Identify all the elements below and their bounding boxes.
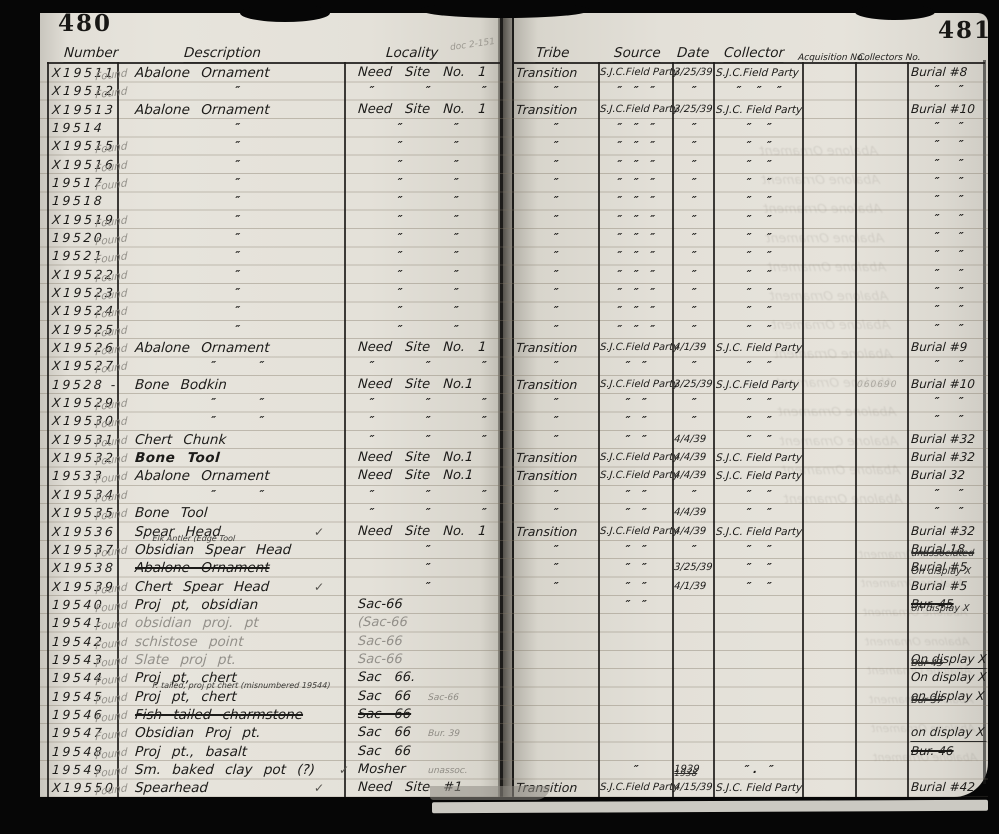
col-c: ″ ″: [715, 431, 802, 449]
col-t: Transition: [515, 467, 596, 485]
col-c: ″ ″: [715, 174, 802, 192]
col-b: Burial #10: [910, 100, 987, 118]
col-dt: ″: [673, 486, 714, 504]
col-d: Abalone Ornament: [134, 467, 340, 485]
col-c: ″ ″: [715, 394, 802, 412]
col-l: Need Site No.1: [357, 449, 498, 467]
col-c: S.J.C.Field Party: [715, 376, 802, 394]
col-b: ″ ″: [910, 191, 987, 209]
page-number-right: 481: [938, 17, 992, 44]
column-header-locality: Locality: [385, 44, 439, 63]
col-b: ″ ″: [910, 136, 987, 154]
col-t: ″: [515, 486, 596, 504]
col-d: Bone Bodkin: [134, 376, 340, 394]
col-d: schistose point: [134, 633, 340, 651]
col-d: ″: [134, 137, 340, 155]
col-d: Sm. baked clay pot (?): [134, 761, 340, 779]
col-b: Burial #32: [910, 448, 987, 466]
col-c: ″ ″: [715, 486, 802, 504]
col-l: Need Site No. 1: [357, 101, 498, 119]
col-c: S.J.C.Field Party: [715, 64, 802, 82]
col-t: ″: [515, 431, 596, 449]
col-s: S.J.C.Field Party: [599, 101, 672, 119]
col-s: ″ ″: [599, 431, 672, 449]
col-l: ″ ″: [357, 137, 498, 155]
col-s: S.J.C.Field Party: [599, 523, 672, 541]
col-s: ″ ″: [599, 578, 672, 596]
col-dt: 4/4/39: [673, 523, 714, 541]
col-c: ″ ″ ″: [715, 82, 802, 100]
col-t: ″: [515, 541, 596, 559]
col-l: Sac 66.: [357, 669, 498, 687]
col-dt: 4/4/39: [673, 449, 714, 467]
col-dt: 3/25/39: [673, 559, 714, 577]
col-dt: ″: [673, 357, 714, 375]
col-s: ″ ″ ″: [599, 119, 672, 137]
col-dt: ″: [673, 284, 714, 302]
col-d: Bone Tool: [134, 449, 340, 467]
col-t: Transition: [515, 339, 596, 357]
col-l: ″ ″ ″: [357, 412, 498, 430]
col-s: S.J.C.Field Party: [599, 779, 672, 797]
col-dt: 3/25/39: [673, 376, 714, 394]
col-l: Sac 66: [357, 706, 498, 724]
col-dt: ″: [673, 302, 714, 320]
col-t: ″: [515, 247, 596, 265]
col-c: ″ ″: [715, 247, 802, 265]
column-header-collector: Collector: [723, 44, 784, 63]
col-c: ″ ″: [715, 284, 802, 302]
col-l: ″ ″: [357, 247, 498, 265]
col-t: ″: [515, 302, 596, 320]
col-dt: 4/4/39: [673, 431, 714, 449]
col-c: ″ ″: [715, 302, 802, 320]
ledger-row: 19517Found″″ ″″″ ″ ″″″ ″″ ″: [0, 174, 999, 192]
col-d: ″ ″: [134, 412, 340, 430]
col-dt: 4/15/39: [673, 779, 714, 797]
col-s: ″ ″ ″: [599, 174, 672, 192]
col-d: Abalone Ornament: [134, 64, 340, 82]
ledger-row: X19513Abalone OrnamentNeed Site No. 1Tra…: [0, 101, 999, 119]
col-l: Need Site No.1: [357, 376, 498, 394]
col-c: ″ ″: [715, 156, 802, 174]
col-l2: unassoc.: [427, 762, 500, 780]
column-header-date: Date: [676, 44, 710, 63]
col-l: ″ ″: [357, 119, 498, 137]
col-l: ″ ″: [357, 229, 498, 247]
col-c: S.J.C. Field Party: [715, 523, 802, 541]
col-l: ″ ″: [357, 156, 498, 174]
col-t: ″: [515, 211, 596, 229]
col-b: ″ ″: [910, 210, 987, 228]
col-d: Bone Tool: [134, 504, 340, 522]
col-s: ″ ″ ″: [599, 266, 672, 284]
col-d: ″: [134, 174, 340, 192]
col-l: ″ ″: [357, 302, 498, 320]
col-dt: 3/25/39: [673, 64, 714, 82]
col-d: Chert Chunk: [134, 431, 340, 449]
col-d: Proj pt, obsidian: [134, 596, 340, 614]
col-s: ″ ″ ″: [599, 156, 672, 174]
col-d: ″: [134, 266, 340, 284]
col-l: Need Site No. 1: [357, 523, 498, 541]
col-s: S.J.C.Field Party: [599, 467, 672, 485]
col-c: ″ ″: [715, 578, 802, 596]
col-t: Transition: [515, 101, 596, 119]
col-d: ″: [134, 229, 340, 247]
col-d: ″: [134, 82, 340, 100]
ledger-row: X19527Found″ ″″ ″ ″″″ ″″″ ″″ ″: [0, 357, 999, 375]
col-d: ″: [134, 302, 340, 320]
col-b: Burial #42: [910, 778, 987, 796]
col-s: ″ ″: [599, 541, 672, 559]
col-dt: ″: [673, 137, 714, 155]
col-s: S.J.C.Field Party: [599, 376, 672, 394]
col-d2: F. tailed, proj pt chert (misnumbered 19…: [151, 682, 352, 700]
col-d: Abalone Ornament: [134, 339, 340, 357]
col-b: ″ ″: [910, 173, 987, 191]
column-header-tribe: Tribe: [535, 44, 570, 63]
col-c: ″ ″: [715, 192, 802, 210]
col-l: ″ ″ ″: [357, 82, 498, 100]
col-dt: ″: [673, 541, 714, 559]
col-d: ″ ″: [134, 486, 340, 504]
col-c: ″ ″: [715, 211, 802, 229]
col-t: ″: [515, 357, 596, 375]
col-b: Burial 32: [910, 466, 987, 484]
col-t: ″: [515, 394, 596, 412]
col-c: ″ ″: [715, 559, 802, 577]
ledger-row: X19535FoundBone Tool″ ″ ″″″ ″4/4/39″ ″″ …: [0, 504, 999, 522]
col-s: ″ ″: [599, 596, 672, 614]
col-l: ″ ″ ″: [357, 394, 498, 412]
col-dt: ″: [673, 174, 714, 192]
ledger-scan: Abalone OrnamentAbalone OrnamentAbalone …: [0, 0, 999, 834]
col-d2: Elk Antler (Edge Tool: [151, 535, 352, 553]
col-l: Need Site No. 1: [357, 64, 498, 82]
col-l: Sac-66: [357, 596, 498, 614]
col-l: Need Site No. 1: [357, 339, 498, 357]
col-l: ″ ″ ″: [357, 486, 498, 504]
col-c: ″ ″: [715, 504, 802, 522]
col-chk: ✓: [313, 779, 330, 797]
col-c: ″ ″: [715, 229, 802, 247]
col-c: S.J.C. Field Party: [715, 467, 802, 485]
col-dt: ″: [673, 211, 714, 229]
col-d: Abalone Ornament: [134, 559, 340, 577]
col-b: ″ ″: [910, 155, 987, 173]
col-t: ″: [515, 137, 596, 155]
col-dt: 4/4/39: [673, 467, 714, 485]
col-d: Proj pt., basalt: [134, 743, 340, 761]
col-dt: ″: [673, 192, 714, 210]
col-t: ″: [515, 284, 596, 302]
col-l: ″ ″: [357, 284, 498, 302]
col-t: Transition: [515, 523, 596, 541]
col-d: Fish tailed charmstone: [134, 706, 340, 724]
col-dt: ″: [673, 156, 714, 174]
col-d: Abalone Ornament: [134, 101, 340, 119]
col-c: ″ ″: [715, 137, 802, 155]
col-s: ″ ″ ″: [599, 247, 672, 265]
col-b: Burial #8: [910, 63, 987, 81]
col-l: ″ ″ ″: [357, 357, 498, 375]
col-c: ″ ″: [715, 357, 802, 375]
col-dt: ″: [673, 394, 714, 412]
page-curl: [430, 786, 550, 800]
col-s: ″ ″ ″: [599, 137, 672, 155]
col-dt: 3/25/39: [673, 101, 714, 119]
col-c: S.J.C. Field Party: [715, 779, 802, 797]
col-s: ″ ″ ″: [599, 192, 672, 210]
col-l: Sac 66: [357, 743, 498, 761]
col-t: ″: [515, 82, 596, 100]
col-t: ″: [515, 174, 596, 192]
col-s: ″ ″ ″: [599, 321, 672, 339]
col-dt: 4/1/39: [673, 339, 714, 357]
col-s: ″ ″ ″: [599, 211, 672, 229]
col-d: ″: [134, 156, 340, 174]
col-dt: ″: [673, 266, 714, 284]
col-d: ″: [134, 119, 340, 137]
col-c: S.J.C. Field Party: [715, 339, 802, 357]
col-b: ″ ″: [910, 320, 987, 338]
col-l: ″ ″ ″: [357, 504, 498, 522]
col-s: ″ ″ ″: [599, 229, 672, 247]
col-b: ″ ″: [910, 228, 987, 246]
col-d: Obsidian Proj pt.: [134, 724, 340, 742]
col-s: S.J.C.Field Party: [599, 64, 672, 82]
col-s: S.J.C.Field Party: [599, 449, 672, 467]
col-dt: ″: [673, 321, 714, 339]
scan-edge-bump: [420, 2, 590, 18]
col-b: Bur. 46: [910, 742, 987, 760]
col-c: ″ ″: [715, 541, 802, 559]
col-l: ″: [357, 559, 498, 577]
col-l: ″: [357, 578, 498, 596]
col-b: ″ ″: [910, 283, 987, 301]
col-l: Need Site No.1: [357, 467, 498, 485]
col-l: ″ ″: [357, 174, 498, 192]
col-s: ″ ″: [599, 394, 672, 412]
col-dt: 4/4/39: [673, 504, 714, 522]
col-c: S.J.C. Field Party: [715, 101, 802, 119]
col-n: 19528 -: [51, 376, 118, 394]
col-s: ″ ″: [599, 504, 672, 522]
col-t: ″: [515, 266, 596, 284]
col-lchk: ✓: [338, 761, 353, 779]
col-t: ″: [515, 559, 596, 577]
col-d: ″: [134, 321, 340, 339]
col-s: ″ ″: [599, 559, 672, 577]
page-number-left: 480: [58, 10, 112, 37]
col-n: X19538: [51, 559, 118, 577]
col-d: Spearhead: [134, 779, 340, 797]
col-b: Burial #9: [910, 338, 987, 356]
col-dt: ″: [673, 247, 714, 265]
col-dt: ″: [673, 82, 714, 100]
col-c: ″ ″: [715, 266, 802, 284]
scan-edge-bump: [240, 4, 330, 22]
col-n: X19536: [51, 523, 118, 541]
col-t: ″: [515, 578, 596, 596]
col-b: Burial #32: [910, 522, 987, 540]
col-t: Transition: [515, 64, 596, 82]
col-c: S.J.C. Field Party: [715, 449, 802, 467]
col-b: ″ ″: [910, 356, 987, 374]
col-b: ″ ″: [910, 118, 987, 136]
col-b: ″ ″: [910, 393, 987, 411]
col-d: ″: [134, 284, 340, 302]
col-c: ″ ″: [715, 119, 802, 137]
ledger-row: X19537FoundObsidian Spear HeadElk Antler…: [0, 541, 999, 559]
col-d: Slate proj pt.: [134, 651, 340, 669]
col-l: Sac-66: [357, 651, 498, 669]
col-d: Chert Spear Head: [134, 578, 340, 596]
col-b: Burial #10: [910, 375, 987, 393]
col-b: ″ ″: [910, 81, 987, 99]
col-b: Burial #5: [910, 577, 987, 595]
col-l: ″ ″: [357, 211, 498, 229]
col-d: ″: [134, 192, 340, 210]
col-c: ″ ″: [715, 321, 802, 339]
col-t: ″: [515, 192, 596, 210]
col-t: Transition: [515, 376, 596, 394]
col-d: ″ ″: [134, 357, 340, 375]
col-b: ″ ″: [910, 485, 987, 503]
col-c: ″ . ″: [715, 761, 802, 779]
col-chk: ✓: [313, 578, 330, 596]
col-d: ″: [134, 247, 340, 265]
col-d: ″: [134, 211, 340, 229]
col-b: On display X: [910, 668, 987, 686]
scan-edge-right: [988, 0, 999, 834]
col-dt: 4/1/39: [673, 578, 714, 596]
col-l: ″ ″: [357, 321, 498, 339]
col-l2: Bur. 39: [427, 725, 500, 743]
col-t: ″: [515, 156, 596, 174]
col-c: ″ ″: [715, 412, 802, 430]
col-dt: ″: [673, 412, 714, 430]
col-l: ″ ″: [357, 266, 498, 284]
ledger-row: X19512Found″″ ″ ″″″ ″ ″″″ ″ ″″ ″: [0, 82, 999, 100]
col-dt: ″: [673, 229, 714, 247]
col-l: ″ ″ ″: [357, 431, 498, 449]
col-n: 19514: [51, 119, 118, 137]
col-d: ″ ″: [134, 394, 340, 412]
col-s: ″ ″ ″: [599, 82, 672, 100]
col-b: ″ ″: [910, 503, 987, 521]
col-t: ″: [515, 229, 596, 247]
scan-edge-bump: [855, 4, 935, 20]
col-s: ″: [599, 761, 672, 779]
col-b: ″ ″: [910, 411, 987, 429]
col-n: 19518: [51, 192, 118, 210]
col-s: ″ ″: [599, 357, 672, 375]
col-cn: 060690: [856, 376, 905, 394]
col-t: ″: [515, 504, 596, 522]
column-header-source: Source: [613, 44, 661, 63]
col-s: ″ ″: [599, 486, 672, 504]
column-header-description: Description: [183, 44, 261, 63]
col-t: ″: [515, 321, 596, 339]
col-s: ″ ″ ″: [599, 284, 672, 302]
col-b: ″ ″: [910, 265, 987, 283]
col-b: ″ ″: [910, 301, 987, 319]
col-dt: ″: [673, 119, 714, 137]
col-n: X19513: [51, 101, 118, 119]
col-s: S.J.C.Field Party: [599, 339, 672, 357]
scan-edge-left: [0, 0, 40, 834]
col-t: ″: [515, 119, 596, 137]
column-header-number: Number: [63, 44, 119, 63]
col-l: (Sac-66: [357, 614, 498, 632]
col-d: obsidian proj. pt: [134, 614, 340, 632]
col-s: ″ ″: [599, 412, 672, 430]
col-b: ″ ″: [910, 246, 987, 264]
col-l: ″: [357, 541, 498, 559]
col-l: ″ ″: [357, 192, 498, 210]
col-l: Sac-66: [357, 633, 498, 651]
col-b: on display X: [910, 723, 987, 742]
col-t: ″: [515, 412, 596, 430]
col-s: ″ ″ ″: [599, 302, 672, 320]
col-l2: Sac-66: [427, 689, 500, 707]
col-t: Transition: [515, 449, 596, 467]
col-b: Burial #32: [910, 430, 987, 448]
